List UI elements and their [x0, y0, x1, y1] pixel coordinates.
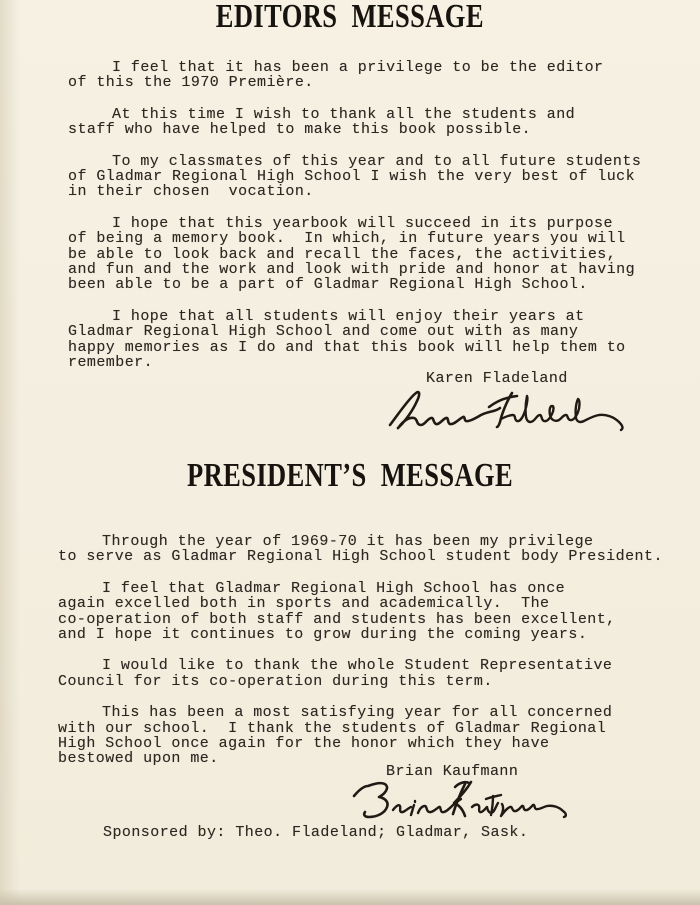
- editors-message-title: EDITORS MESSAGE: [0, 0, 700, 37]
- sponsor-line: Sponsored by: Theo. Fladeland; Gladmar, …: [103, 825, 528, 840]
- signature-brian-kaufmann-icon: [352, 779, 570, 829]
- paragraph: I hope that this yearbook will succeed i…: [68, 216, 668, 293]
- paragraph: I would like to thank the whole Student …: [58, 658, 683, 689]
- signature-karen-fladeland-icon: [388, 389, 628, 437]
- paragraph: This has been a most satisfying year for…: [58, 705, 683, 767]
- editors-message-body: I feel that it has been a privilege to b…: [68, 60, 668, 387]
- presidents-message-title: PRESIDENT’S MESSAGE: [0, 456, 700, 496]
- presidents-message-title-text: PRESIDENT’S MESSAGE: [187, 456, 513, 496]
- paragraph: I feel that it has been a privilege to b…: [68, 60, 668, 91]
- editor-signature: [388, 389, 628, 437]
- paragraph: To my classmates of this year and to all…: [68, 154, 668, 200]
- presidents-message-body: Through the year of 1969-70 it has been …: [58, 534, 683, 783]
- paragraph: I hope that all students will enjoy thei…: [68, 309, 668, 371]
- paragraph: I feel that Gladmar Regional High School…: [58, 581, 683, 643]
- editor-typed-name: Karen Fladeland: [426, 371, 568, 386]
- president-signature: [352, 779, 570, 829]
- yearbook-page: EDITORS MESSAGE I feel that it has been …: [0, 0, 700, 905]
- editors-message-title-text: EDITORS MESSAGE: [216, 0, 484, 37]
- paragraph: Through the year of 1969-70 it has been …: [58, 534, 683, 565]
- president-typed-name: Brian Kaufmann: [386, 764, 518, 779]
- paragraph: At this time I wish to thank all the stu…: [68, 107, 668, 138]
